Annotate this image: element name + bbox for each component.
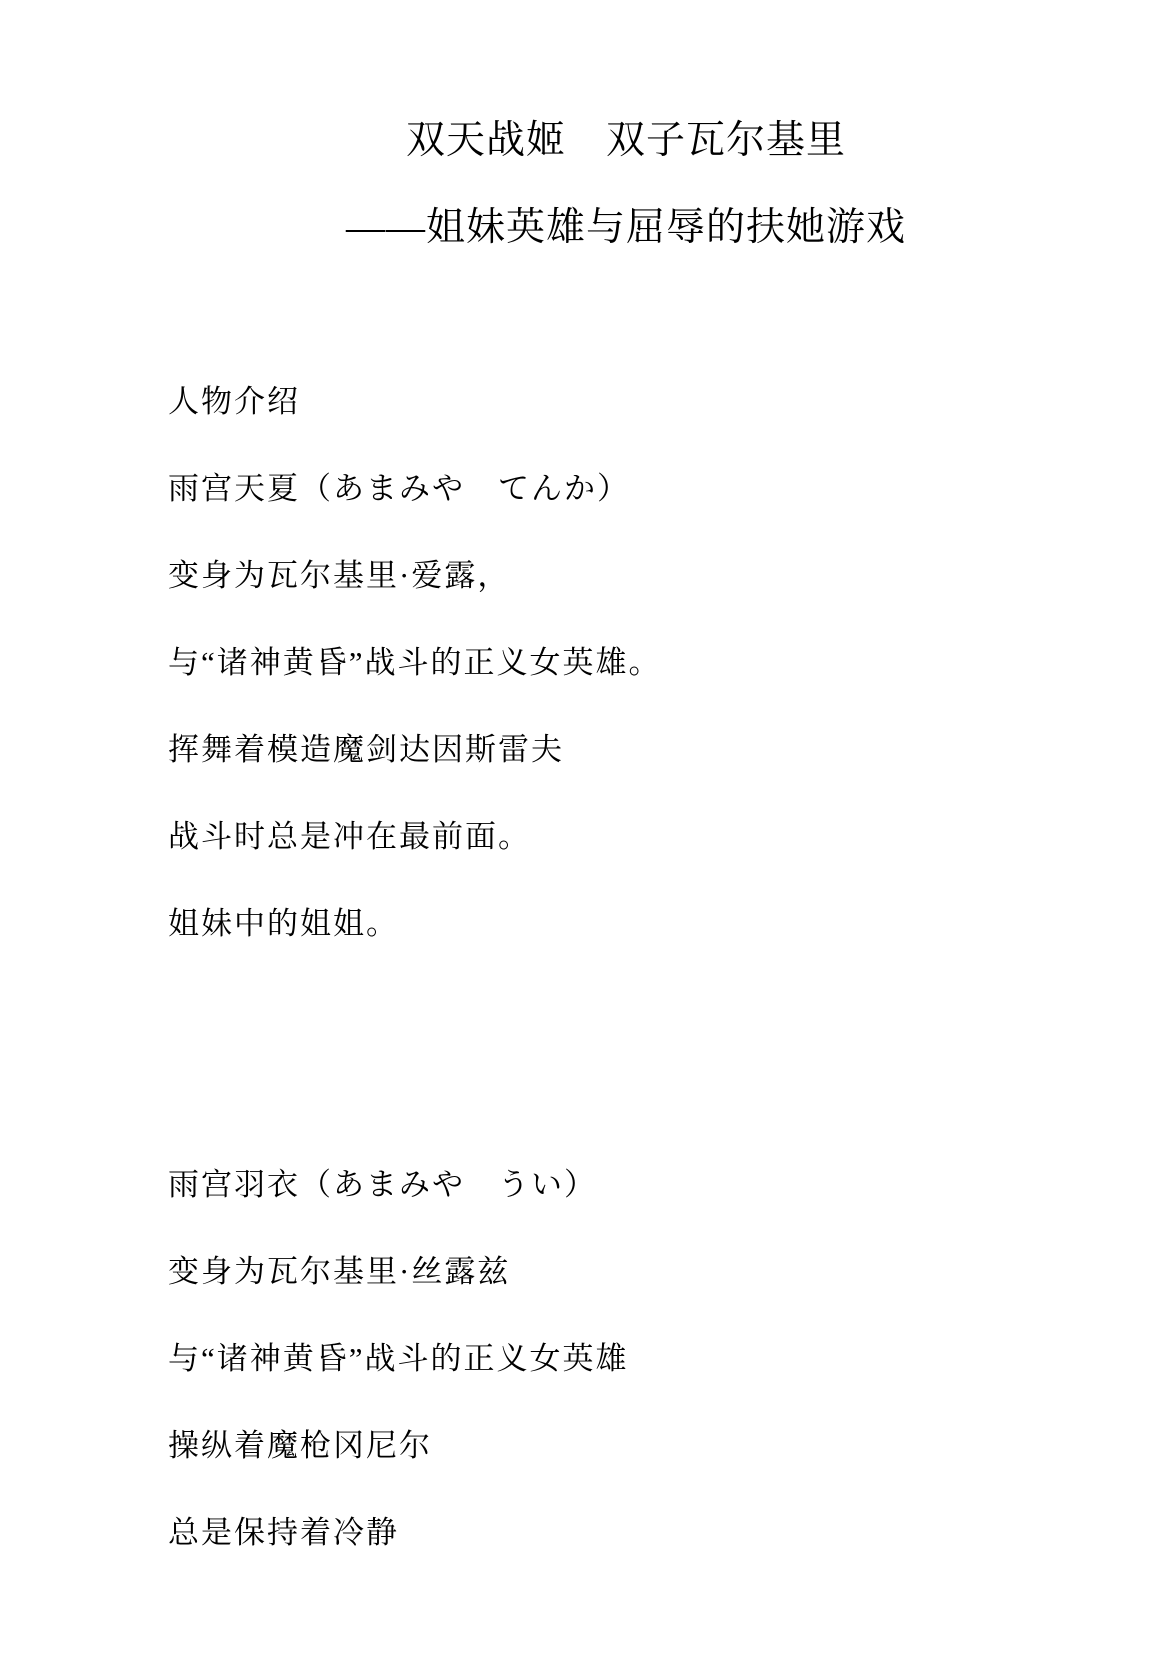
ui-desc-3: 操纵着魔枪冈尼尔 [0,1402,1166,1489]
tenka-desc-3: 挥舞着模造魔剑达因斯雷夫 [0,706,1166,793]
spacer [0,1054,1166,1141]
tenka-desc-1: 变身为瓦尔基里·爱露， [0,532,1166,619]
doc-title-line-2: ——姐妹英雄与屈辱的扶她游戏 [0,184,1166,271]
intro-heading: 人物介绍 [0,358,1166,445]
spacer [0,967,1166,1054]
tenka-desc-2: 与“诸神黄昏”战斗的正义女英雄。 [0,619,1166,706]
ui-desc-2: 与“诸神黄昏”战斗的正义女英雄 [0,1315,1166,1402]
spacer [0,271,1166,358]
character-name-tenka: 雨宫天夏（あまみや てんか） [0,445,1166,532]
ui-desc-1: 变身为瓦尔基里·丝露兹 [0,1228,1166,1315]
tenka-desc-4: 战斗时总是冲在最前面。 [0,793,1166,880]
doc-title-line-1: 双天战姬 双子瓦尔基里 [0,97,1166,184]
document-page: 双天战姬 双子瓦尔基里 ——姐妹英雄与屈辱的扶她游戏 人物介绍 雨宫天夏（あまみ… [0,0,1166,1654]
tenka-desc-5: 姐妹中的姐姐。 [0,880,1166,967]
ui-desc-4: 总是保持着冷静 [0,1489,1166,1576]
character-name-ui: 雨宫羽衣（あまみや うい） [0,1141,1166,1228]
document-content: 双天战姬 双子瓦尔基里 ——姐妹英雄与屈辱的扶她游戏 人物介绍 雨宫天夏（あまみ… [0,97,1166,1576]
